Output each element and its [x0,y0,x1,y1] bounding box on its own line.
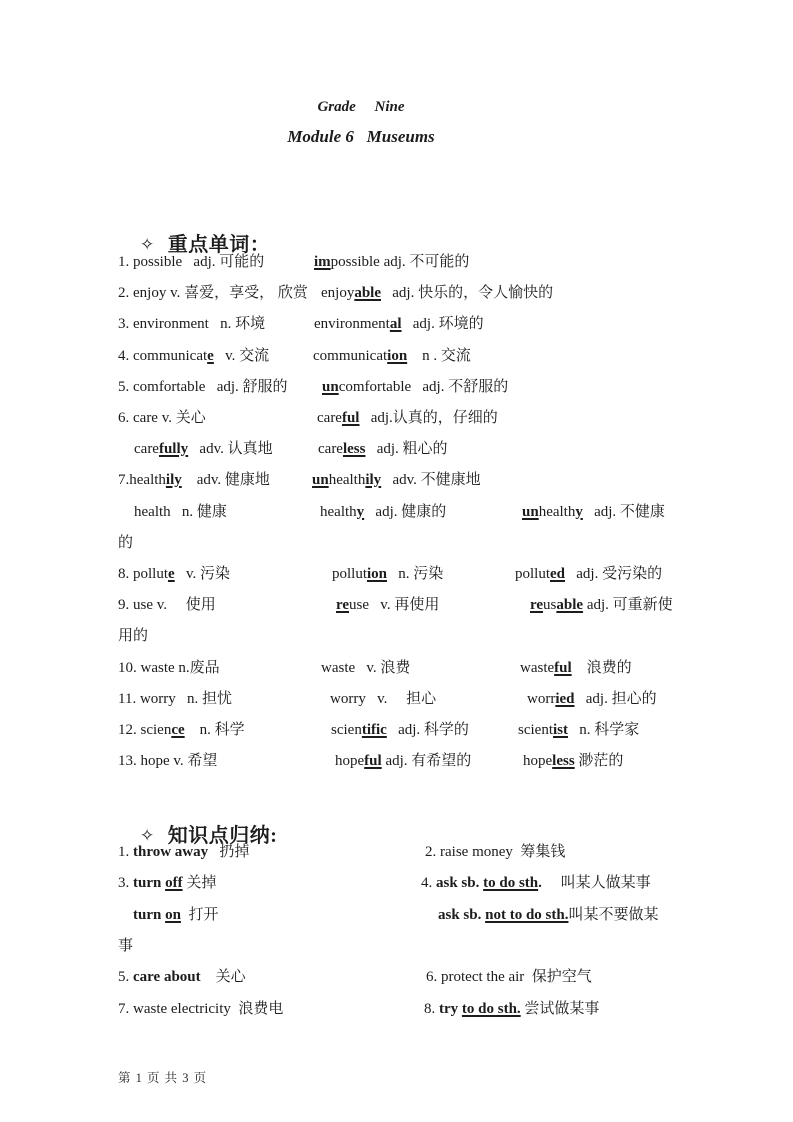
text-segment: 4. communicat [118,348,207,364]
text-segment: ion [367,566,387,582]
text-segment: adj. 粗心的 [365,441,447,457]
entry: careless adj. 粗心的 [318,437,448,458]
entry: waste v. 浪费 [321,656,410,677]
text-segment: 11. worry n. 担忧 [118,691,232,707]
text-segment: ful [364,753,382,769]
text-segment: 5. [118,969,133,985]
text-segment: ily [166,472,182,488]
text-segment: enjoy [321,285,354,301]
text-segment: environment [314,316,390,332]
entry: 3. environment n. 环境 [118,312,265,333]
entry: 7.healthily adv. 健康地 [118,468,270,489]
text-segment: 扔掉 [208,844,249,860]
text-segment: health [329,472,366,488]
text-segment: v. 污染 [175,566,230,582]
text-segment: un [522,504,539,520]
text-segment: 6. care v. 关心 [118,410,206,426]
entry: 3. turn off 关掉 [118,871,216,892]
text-segment: 5. comfortable adj. 舒服的 [118,379,288,395]
entry: worry v. 担心 [330,687,436,708]
text-segment: ily [365,472,381,488]
text-segment: ist [553,722,568,738]
text-segment: 的 [118,535,133,551]
text-segment: 2. enjoy v. 喜爱，享受， 欣赏 [118,285,308,301]
entry: 10. waste n.废品 [118,656,220,677]
text-segment: adj. 健康的 [364,504,446,520]
entry: polluted adj. 受污染的 [515,562,662,583]
text-segment: scient [518,722,553,738]
entry: 7. waste electricity 浪费电 [118,997,283,1018]
text-segment: re [336,597,349,613]
text-segment: 7.health [118,472,166,488]
entry: healthy adj. 健康的 [320,500,446,521]
text-segment: 渺茫的 [575,753,624,769]
entry: 11. worry n. 担忧 [118,687,232,708]
text-segment: adj. 可重新使 [583,597,673,613]
entry: reusable adj. 可重新使 [530,593,673,614]
text-segment: ful [554,660,572,676]
entry: communication n . 交流 [313,344,471,365]
entry: 12. science n. 科学 [118,718,245,739]
entry: 4. ask sb. to do sth. 叫某人做某事 [421,871,651,892]
entry: 1. throw away 扔掉 [118,840,249,861]
text-segment: adj.认真的，仔细的 [359,410,497,426]
entry: hopeless 渺茫的 [523,749,623,770]
text-segment: 2. raise money 筹集钱 [425,844,565,860]
entry: environmental adj. 环境的 [314,312,484,333]
text-segment: pollut [515,566,550,582]
text-segment: 3. [118,875,133,891]
text-segment: 4. [421,875,436,891]
text-segment: waste [520,660,554,676]
entry: health n. 健康 [134,500,227,521]
text-segment: use v. 再使用 [349,597,439,613]
text-segment: 13. hope v. 希望 [118,753,217,769]
text-segment: e [168,566,175,582]
text-segment: ask sb. [436,875,483,891]
text-segment: n . 交流 [407,348,471,364]
text-segment: ce [171,722,184,738]
text-segment: less [552,753,575,769]
text-segment: ful [342,410,360,426]
entry: 6. care v. 关心 [118,406,206,427]
text-segment: communicat [313,348,387,364]
text-segment: adv. 健康地 [182,472,270,488]
text-segment: un [312,472,329,488]
entry: pollution n. 污染 [332,562,443,583]
text-segment: adj. 快乐的，令人愉快的 [381,285,553,301]
text-segment: 用的 [118,628,148,644]
text-segment: 叫某不要做某 [568,907,658,923]
text-segment: comfortable adj. 不舒服的 [339,379,509,395]
text-segment: adj. 受污染的 [565,566,662,582]
text-segment: on [165,907,181,923]
text-segment: adj. 不健康 [583,504,665,520]
text-segment: ied [555,691,574,707]
entry: turn on 打开 [133,903,218,924]
text-segment: hope [335,753,364,769]
text-segment: turn [133,875,165,891]
entry: 2. raise money 筹集钱 [425,840,565,861]
text-segment: 尝试做某事 [521,1001,600,1017]
entry: 2. enjoy v. 喜爱，享受， 欣赏 [118,281,308,302]
text-segment: hope [523,753,552,769]
text-segment: 12. scien [118,722,171,738]
text-segment: un [322,379,339,395]
text-segment: us [543,597,556,613]
text-segment: fully [159,441,188,457]
text-segment: 6. protect the air 保护空气 [426,969,592,985]
text-segment: n. 科学 [185,722,245,738]
text-segment: adj. 环境的 [402,316,484,332]
text-segment: 打开 [181,907,219,923]
text-segment: n. 科学家 [568,722,639,738]
text-segment: y [575,504,583,520]
text-segment: n. 污染 [387,566,443,582]
module-title-line: Module 6 Museums [0,127,722,147]
text-segment: to do sth. [462,1001,521,1017]
entry: enjoyable adj. 快乐的，令人愉快的 [321,281,553,302]
text-segment: 叫某人做某事 [542,875,651,891]
entry: unhealthy adj. 不健康 [522,500,665,521]
text-segment: not to do sth. [485,907,568,923]
entry: scientist n. 科学家 [518,718,639,739]
text-segment: worry v. 担心 [330,691,436,707]
text-segment: turn [133,907,165,923]
grade-title-line: Grade Nine [0,99,722,116]
text-segment: to do sth [483,875,538,891]
text-segment: care [317,410,342,426]
text-segment: scien [331,722,362,738]
text-segment: adv. 认真地 [188,441,272,457]
text-segment: 1. [118,844,133,860]
text-segment: able [354,285,381,301]
entry: 事 [118,934,133,955]
entry: 4. communicate v. 交流 [118,344,269,365]
text-segment: 关掉 [183,875,217,891]
document-page: Grade Nine Module 6 Museums ✧重点单词： 1. po… [0,0,793,1122]
text-segment: waste v. 浪费 [321,660,410,676]
text-segment: e [207,348,214,364]
entry: careful adj.认真的，仔细的 [317,406,498,427]
text-segment: 3. environment n. 环境 [118,316,265,332]
text-segment: re [530,597,543,613]
entry: 的 [118,531,133,552]
text-segment: adv. 不健康地 [381,472,480,488]
entry: 1. possible adj. 可能的 [118,250,264,271]
entry: impossible adj. 不可能的 [314,250,469,271]
entry: reuse v. 再使用 [336,593,439,614]
text-segment: less [343,441,366,457]
text-segment: adj. 有希望的 [382,753,472,769]
text-segment: care [318,441,343,457]
entry: wasteful 浪费的 [520,656,632,677]
text-segment: tific [362,722,387,738]
text-segment: adj. 科学的 [387,722,469,738]
entry: worried adj. 担心的 [527,687,657,708]
text-segment: try [439,1001,462,1017]
entry: 5. care about 关心 [118,965,246,986]
text-segment: care [134,441,159,457]
text-segment: pollut [332,566,367,582]
text-segment: possible adj. 不可能的 [331,254,470,270]
text-segment: off [165,875,183,891]
text-segment: throw away [133,844,208,860]
page-number: 第 1 页 共 3 页 [118,1068,207,1086]
text-segment: able [556,597,583,613]
entry: uncomfortable adj. 不舒服的 [322,375,508,396]
text-segment: 浪费的 [572,660,632,676]
text-segment: ed [550,566,565,582]
text-segment: al [390,316,402,332]
text-segment: v. 交流 [214,348,269,364]
entry: hopeful adj. 有希望的 [335,749,471,770]
text-segment: care about [133,969,201,985]
text-segment: health [539,504,576,520]
text-segment: 8. pollut [118,566,168,582]
text-segment: 9. use v. 使用 [118,597,216,613]
text-segment: 关心 [201,969,246,985]
text-segment: worr [527,691,555,707]
text-segment: ion [387,348,407,364]
entry: 用的 [118,624,148,645]
text-segment: adj. 担心的 [575,691,657,707]
entry: 9. use v. 使用 [118,593,216,614]
text-segment: 10. waste n.废品 [118,660,220,676]
entry: carefully adv. 认真地 [134,437,273,458]
text-segment: im [314,254,331,270]
entry: 6. protect the air 保护空气 [426,965,592,986]
text-segment: health n. 健康 [134,504,227,520]
text-segment: ask sb. [438,907,485,923]
entry: 8. try to do sth. 尝试做某事 [424,997,599,1018]
text-segment: health [320,504,357,520]
text-segment: 事 [118,938,133,954]
entry: unhealthily adv. 不健康地 [312,468,481,489]
text-segment: 7. waste electricity 浪费电 [118,1001,283,1017]
text-segment: 8. [424,1001,439,1017]
entry: 8. pollute v. 污染 [118,562,230,583]
entry: 5. comfortable adj. 舒服的 [118,375,288,396]
text-segment: 1. possible adj. 可能的 [118,254,264,270]
entry: 13. hope v. 希望 [118,749,217,770]
entry: scientific adj. 科学的 [331,718,469,739]
entry: ask sb. not to do sth.叫某不要做某 [438,903,658,924]
